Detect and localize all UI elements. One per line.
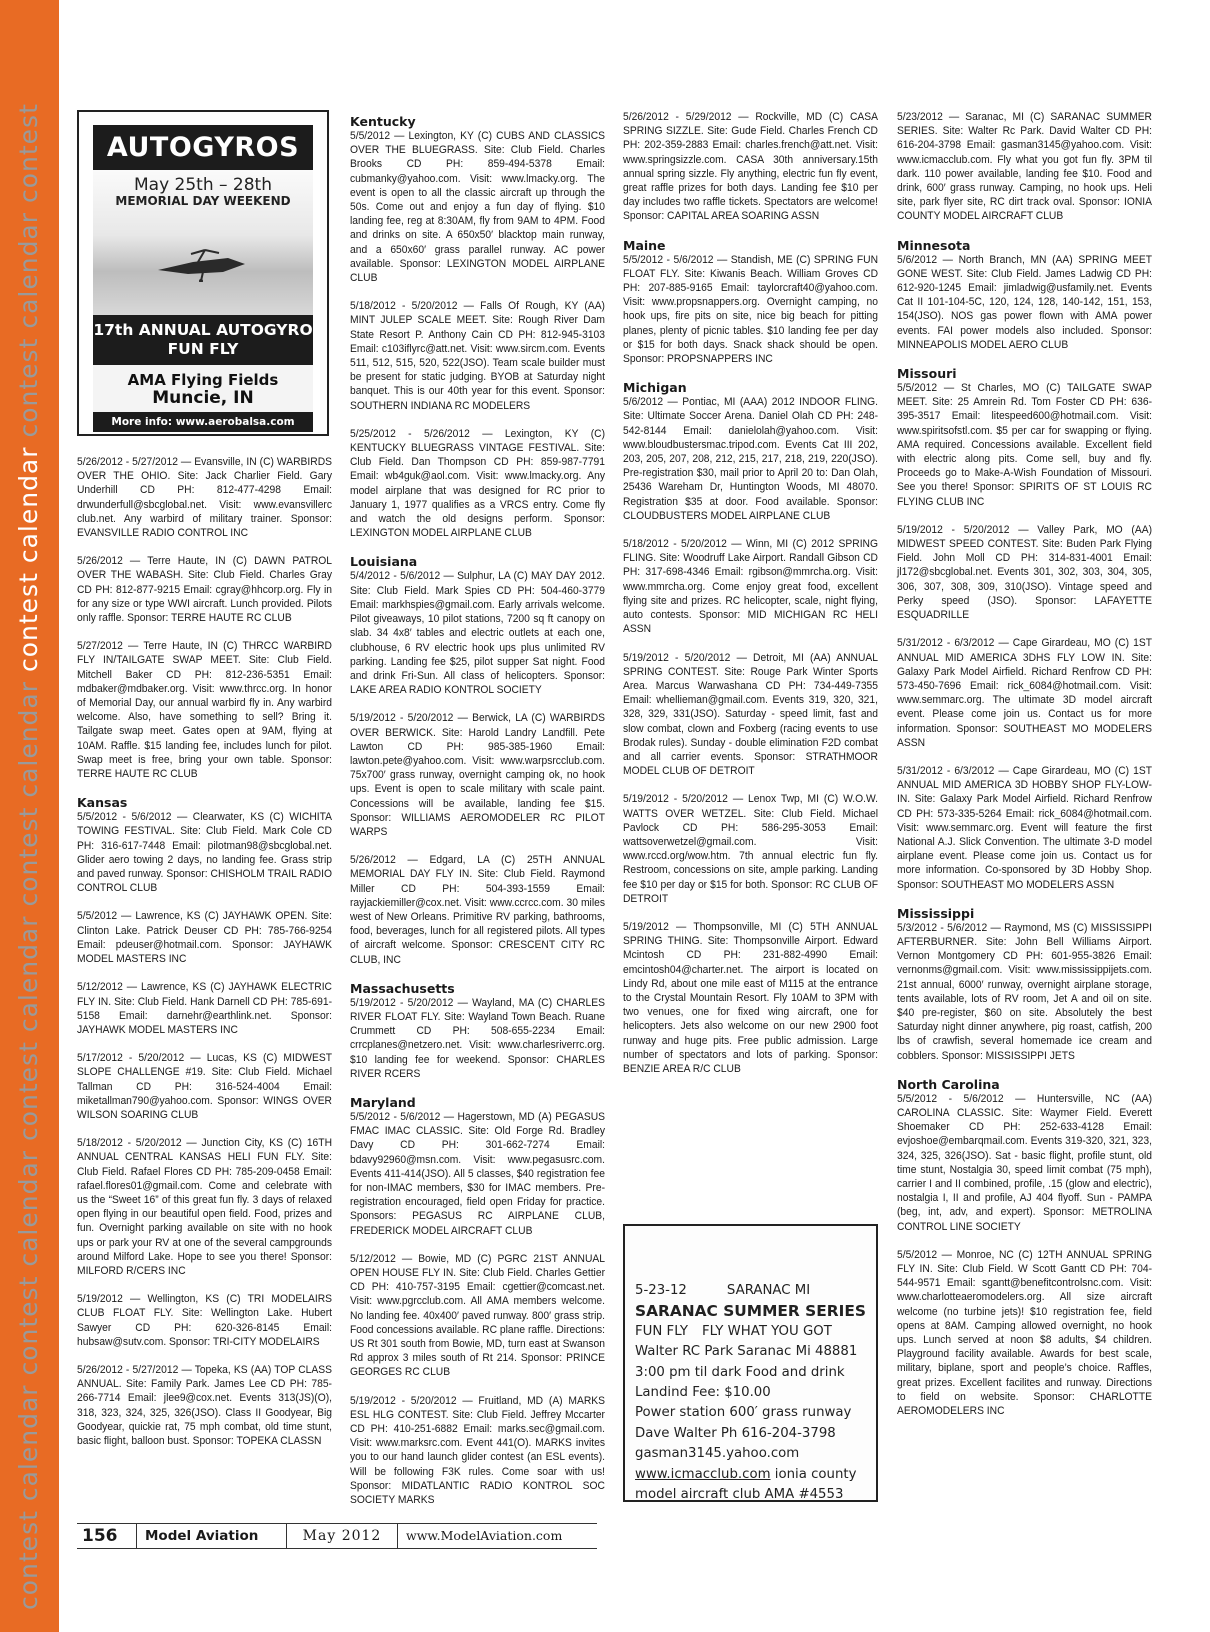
listing-entry: 5/19/2012 - 5/20/2012 — Berwick, LA (C) … [350, 711, 605, 839]
page-footer: 156 Model Aviation May 2012 www.ModelAvi… [77, 1523, 597, 1549]
ad-location-line1: AMA Flying Fields [93, 372, 313, 389]
listing-entry: 5/31/2012 - 6/3/2012 — Cape Girardeau, M… [897, 764, 1152, 892]
state-heading-missouri: Missouri [897, 366, 1152, 381]
state-heading-maryland: Maryland [350, 1095, 605, 1110]
column-2: Kentucky 5/5/2012 — Lexington, KY (C) CU… [350, 110, 605, 1521]
listing-entry: 5/4/2012 - 5/6/2012 — Sulphur, LA (C) MA… [350, 569, 605, 697]
listing-entry: 5/19/2012 — Thompsonville, MI (C) 5TH AN… [623, 920, 878, 1076]
ad-contact: Dave Walter Ph 616-204-3798 [635, 1424, 866, 1444]
listing-entry: 5/17/2012 - 5/20/2012 — Lucas, KS (C) MI… [77, 1051, 332, 1122]
listing-entry: 5/5/2012 - 5/6/2012 — Standish, ME (C) S… [623, 253, 878, 367]
listing-entry: 5/19/2012 - 5/20/2012 — Wayland, MA (C) … [350, 996, 605, 1081]
listing-entry: 5/26/2012 — Edgard, LA (C) 25TH ANNUAL M… [350, 853, 605, 967]
listing-entry: 5/5/2012 - 5/6/2012 — Clearwater, KS (C)… [77, 810, 332, 895]
side-text-segment: contest calendar contest [14, 103, 43, 437]
saranac-ad-content: 5-23-12SARANAC MI SARANAC SUMMER SERIES … [635, 1281, 866, 1505]
listing-entry: 5/19/2012 - 5/20/2012 — Valley Park, MO … [897, 523, 1152, 622]
ad-subtitle: MEMORIAL DAY WEEKEND [93, 194, 313, 208]
ad-fun-fly: FUN FLY [635, 1324, 688, 1339]
ad-more-info: More info: www.aerobalsa.com [93, 412, 313, 432]
listing-entry: 5/27/2012 — Terre Haute, IN (C) THRCC WA… [77, 639, 332, 781]
listing-entry: 5/5/2012 - 5/6/2012 — Hagerstown, MD (A)… [350, 1110, 605, 1238]
listing-entry: 5/5/2012 — Lawrence, KS (C) JAYHAWK OPEN… [77, 909, 332, 966]
listing-entry: 5/5/2012 — Lexington, KY (C) CUBS AND CL… [350, 129, 605, 285]
listing-entry: 5/5/2012 - 5/6/2012 — Huntersville, NC (… [897, 1092, 1152, 1234]
listing-entry: 5/19/2012 — Wellington, KS (C) TRI MODEL… [77, 1292, 332, 1349]
ad-photo: May 25th – 28th MEMORIAL DAY WEEKEND [93, 170, 313, 315]
state-heading-minnesota: Minnesota [897, 238, 1152, 253]
ad-address: Walter RC Park Saranac Mi 48881 [635, 1342, 866, 1362]
state-heading-massachusetts: Massachusetts [350, 981, 605, 996]
magazine-name: Model Aviation [137, 1524, 287, 1548]
listing-entry: 5/19/2012 - 5/20/2012 — Detroit, MI (AA)… [623, 651, 878, 779]
ad-place: SARANAC MI [727, 1283, 810, 1298]
side-strip-text: contest calendar contest calendar contes… [14, 103, 44, 1610]
state-heading-kentucky: Kentucky [350, 114, 605, 129]
listing-entry: 5/23/2012 — Saranac, MI (C) SARANAC SUMM… [897, 110, 1152, 224]
issue-date: May 2012 [287, 1524, 398, 1548]
website-link[interactable]: www.ModelAviation.com [398, 1524, 562, 1548]
listing-entry: 5/6/2012 — Pontiac, MI (AAA) 2012 INDOOR… [623, 395, 878, 523]
column-4: 5/23/2012 — Saranac, MI (C) SARANAC SUMM… [897, 110, 1152, 1432]
ad-fly-what-you-got: FLY WHAT YOU GOT [702, 1324, 832, 1339]
listing-entry: 5/26/2012 - 5/29/2012 — Rockville, MD (C… [623, 110, 878, 224]
listing-entry: 5/12/2012 — Lawrence, KS (C) JAYHAWK ELE… [77, 980, 332, 1037]
listing-entry: 5/18/2012 - 5/20/2012 — Junction City, K… [77, 1136, 332, 1278]
ad-event-line1: 17th ANNUAL AUTOGYRO [93, 321, 313, 340]
listing-entry: 5/26/2012 — Terre Haute, IN (C) DAWN PAT… [77, 554, 332, 625]
ad-event-line2: FUN FLY [93, 340, 313, 359]
ad-location-line2: Muncie, IN [93, 389, 313, 408]
autogyro-photo-icon [153, 248, 258, 282]
ad-fee: Landind Fee: $10.00 [635, 1383, 866, 1403]
autogyro-ad: AUTOGYROS May 25th – 28th MEMORIAL DAY W… [77, 110, 329, 436]
state-heading-mississippi: Mississippi [897, 906, 1152, 921]
ad-email: gasman3145.yahoo.com [635, 1444, 866, 1464]
saranac-ad: 5-23-12SARANAC MI SARANAC SUMMER SERIES … [623, 1224, 878, 1502]
listing-entry: 5/19/2012 - 5/20/2012 — Lenox Twp, MI (C… [623, 792, 878, 906]
ad-event-band: 17th ANNUAL AUTOGYRO FUN FLY [93, 315, 313, 365]
listing-entry: 5/18/2012 - 5/20/2012 — Falls Of Rough, … [350, 299, 605, 413]
autogyro-ad-content: AUTOGYROS May 25th – 28th MEMORIAL DAY W… [93, 125, 313, 425]
state-heading-north-carolina: North Carolina [897, 1077, 1152, 1092]
column-3: 5/26/2012 - 5/29/2012 — Rockville, MD (C… [623, 110, 878, 1090]
listing-entry: 5/5/2012 — Monroe, NC (C) 12TH ANNUAL SP… [897, 1248, 1152, 1418]
ad-facilities: Power station 600′ grass runway [635, 1403, 866, 1423]
column-1: 5/26/2012 - 5/27/2012 — Evansville, IN (… [77, 455, 332, 1462]
ad-club-line: model aircraft club AMA #4553 [635, 1485, 866, 1505]
state-heading-louisiana: Louisiana [350, 554, 605, 569]
listing-entry: 5/26/2012 - 5/27/2012 — Evansville, IN (… [77, 455, 332, 540]
ad-club-name: ionia county [771, 1467, 857, 1482]
ad-title: AUTOGYROS [93, 125, 313, 170]
listing-entry: 5/31/2012 - 6/3/2012 — Cape Girardeau, M… [897, 636, 1152, 750]
listing-entry: 5/25/2012 - 5/26/2012 — Lexington, KY (C… [350, 427, 605, 541]
ad-website-link[interactable]: www.icmacclub.com [635, 1467, 771, 1482]
listing-entry: 5/26/2012 - 5/27/2012 — Topeka, KS (AA) … [77, 1363, 332, 1448]
page-number: 156 [77, 1524, 137, 1548]
listing-entry: 5/3/2012 - 5/6/2012 — Raymond, MS (C) MI… [897, 921, 1152, 1063]
ad-dates: May 25th – 28th [93, 170, 313, 194]
listing-entry: 5/18/2012 - 5/20/2012 — Winn, MI (C) 201… [623, 537, 878, 636]
ad-location: AMA Flying Fields Muncie, IN [93, 365, 313, 412]
listing-entry: 5/19/2012 - 5/20/2012 — Fruitland, MD (A… [350, 1394, 605, 1508]
side-strip: contest calendar contest calendar contes… [0, 0, 59, 1632]
listing-entry: 5/5/2012 — St Charles, MO (C) TAILGATE S… [897, 381, 1152, 509]
state-heading-maine: Maine [623, 238, 878, 253]
listing-entry: 5/12/2012 — Bowie, MD (C) PGRC 21ST ANNU… [350, 1252, 605, 1380]
ad-time: 3:00 pm til dark Food and drink [635, 1363, 866, 1383]
state-heading-michigan: Michigan [623, 380, 878, 395]
ad-title: SARANAC SUMMER SERIES [635, 1301, 866, 1321]
ad-date: 5-23-12 [635, 1283, 687, 1298]
listing-entry: 5/6/2012 — North Branch, MN (AA) SPRING … [897, 253, 1152, 352]
side-text-segment-highlight: contest calendar [14, 438, 43, 673]
state-heading-kansas: Kansas [77, 795, 332, 810]
side-text-segment: contest calendar contest calendar contes… [14, 672, 43, 1610]
